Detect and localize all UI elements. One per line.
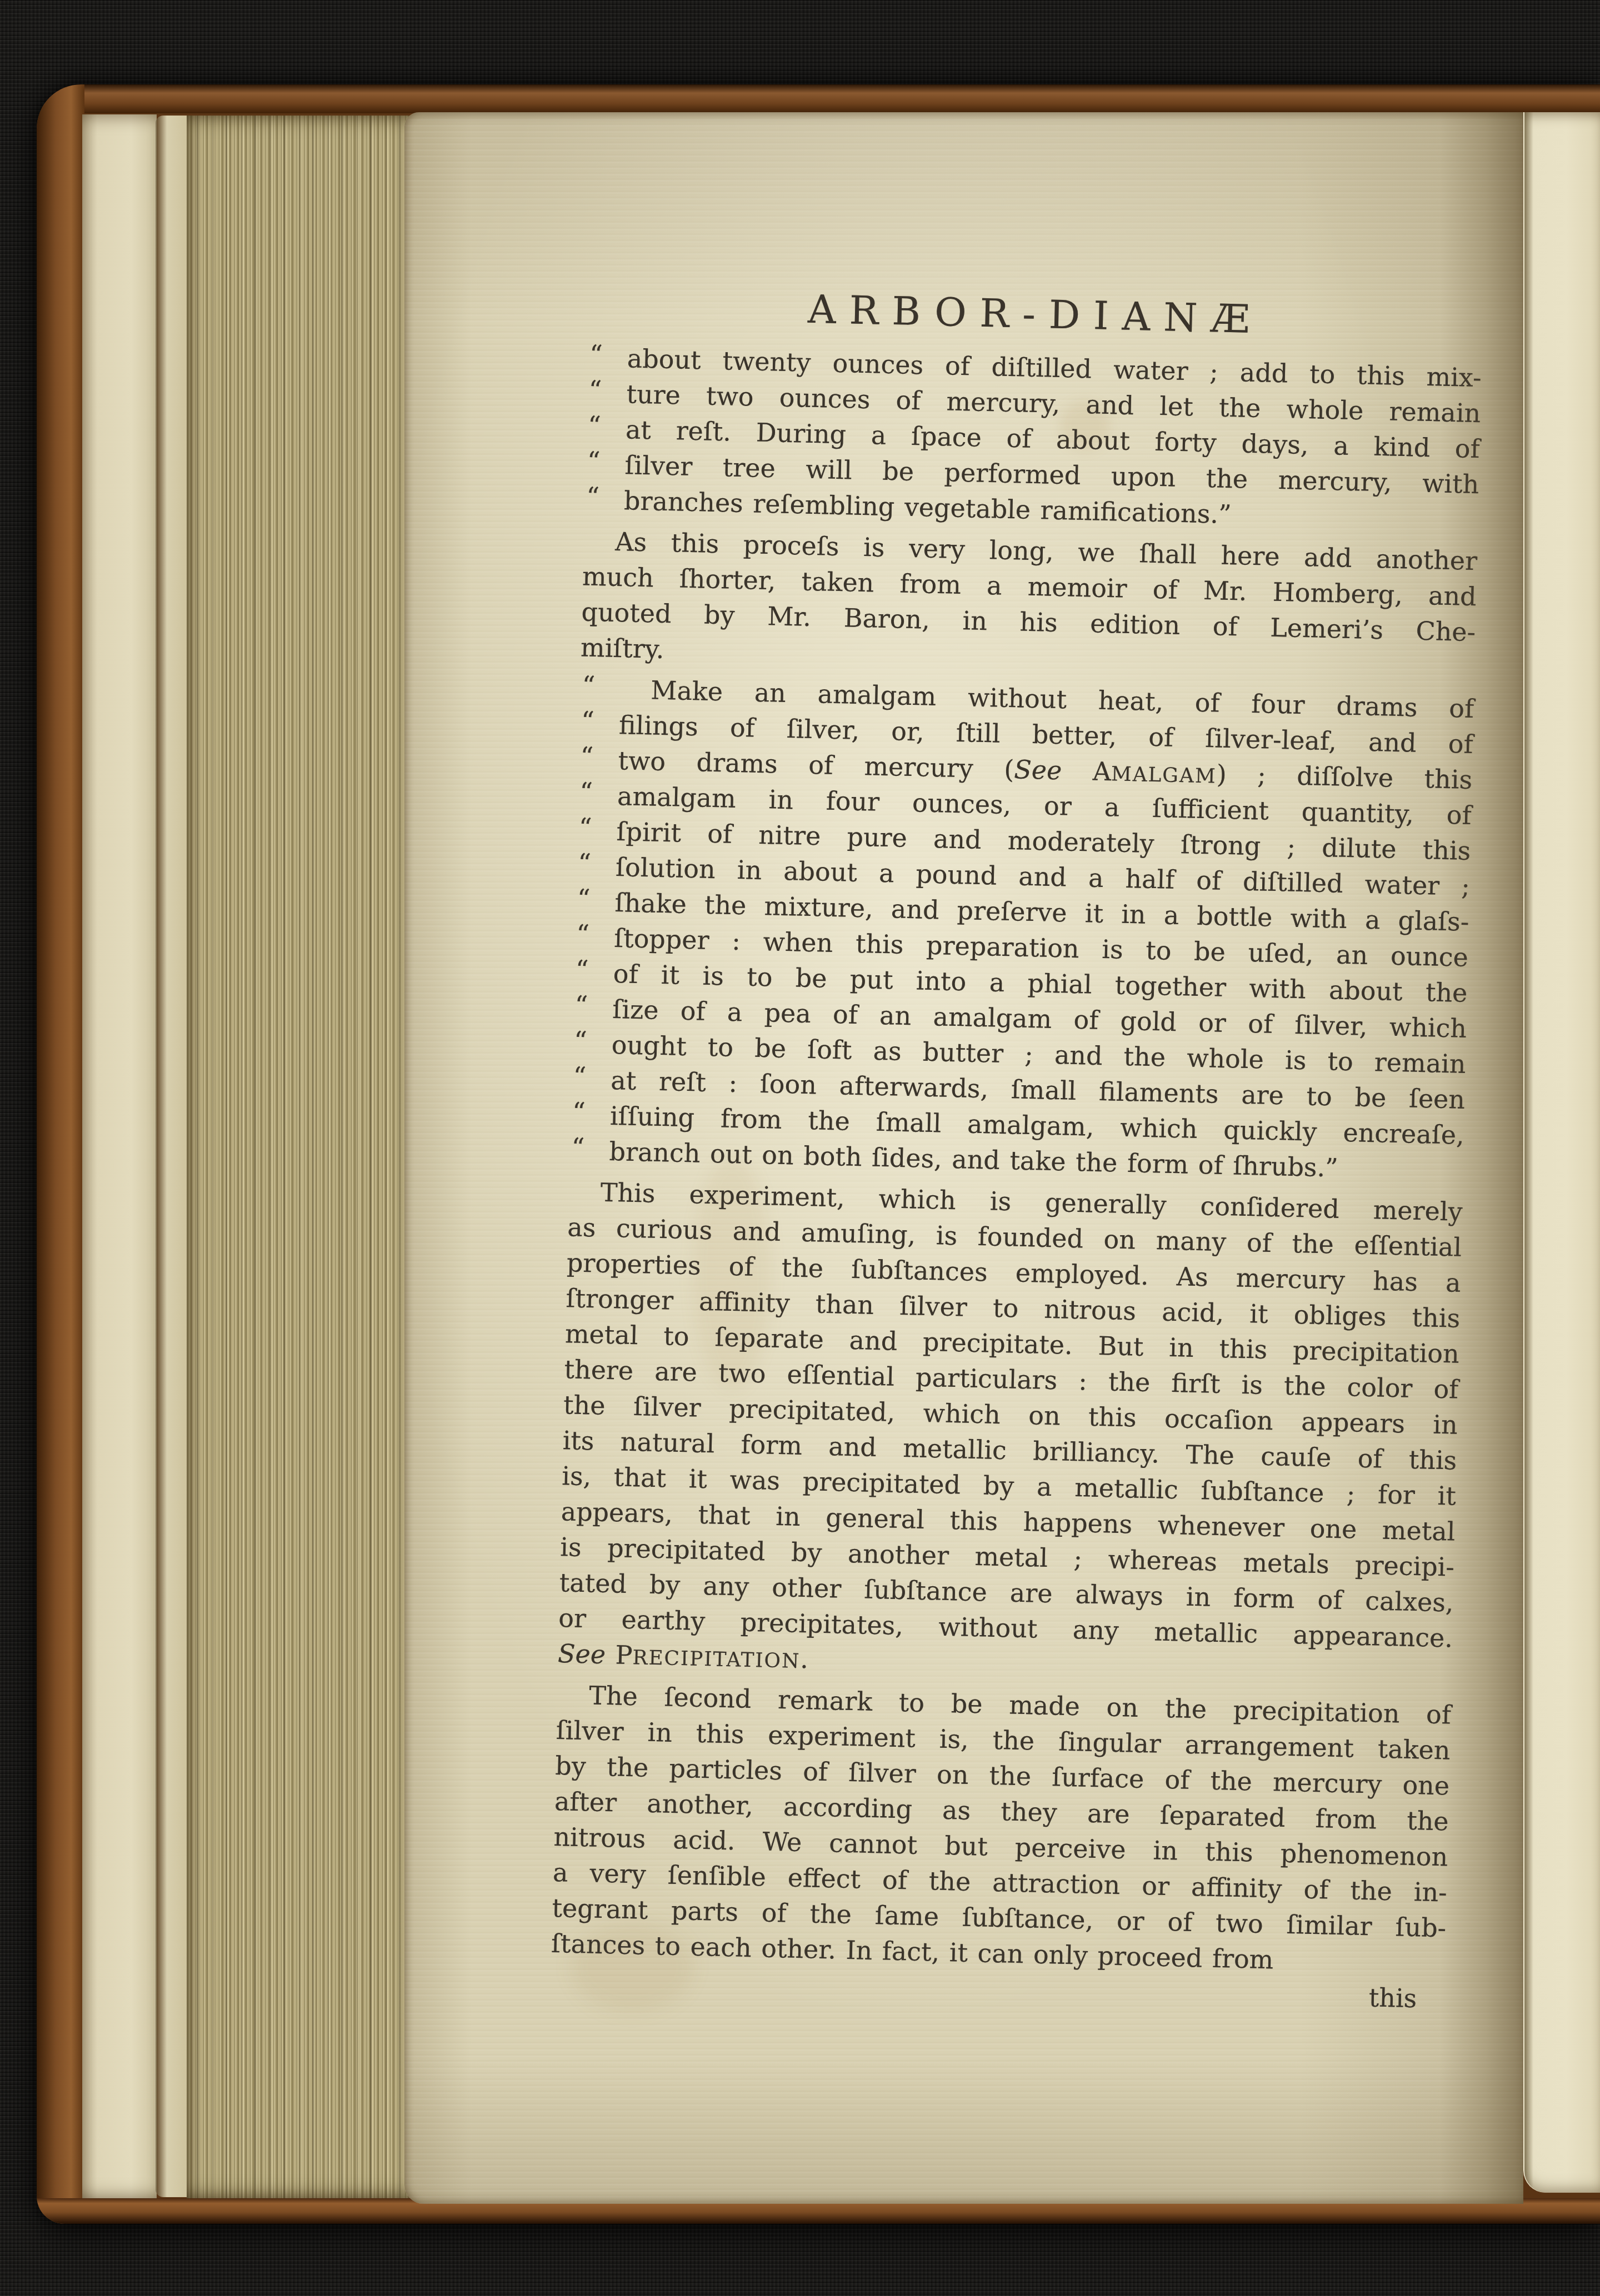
quote-mark: “ xyxy=(587,443,601,479)
catchword: this xyxy=(1368,1982,1417,2013)
quote-mark: “ xyxy=(572,1094,586,1130)
paragraph: This experiment, which is generally conſ… xyxy=(557,1174,1463,1691)
quote-mark: “ xyxy=(571,1129,585,1165)
quote-mark: “ xyxy=(579,774,593,810)
quote-mark: “ xyxy=(578,810,592,846)
quote-mark: “ xyxy=(577,881,591,917)
quoted-passage: Make an amalgam without heat, of four dr… xyxy=(569,671,1474,1189)
quote-mark: “ xyxy=(575,952,589,988)
quote-mark: “ xyxy=(587,408,601,444)
quote-mark: “ xyxy=(576,916,590,953)
entry-title: ARBOR-DIANÆ xyxy=(588,279,1483,350)
endpaper-strip xyxy=(82,114,157,2198)
photo-backdrop: ARBOR-DIANÆ about twenty ounces of diſti… xyxy=(0,0,1600,2296)
book-page: ARBOR-DIANÆ about twenty ounces of diſti… xyxy=(404,112,1523,2204)
text-column: ARBOR-DIANÆ about twenty ounces of diſti… xyxy=(550,279,1483,2017)
body-text: about twenty ounces of diſtilled water ;… xyxy=(551,340,1482,1982)
flyleaf-edge xyxy=(156,116,189,2197)
quoted-passage: about twenty ounces of diſtilled water ;… xyxy=(583,340,1482,538)
page-edge-stack xyxy=(187,116,410,2198)
quote-mark: “ xyxy=(589,337,603,373)
leather-cover-left-edge xyxy=(37,84,84,2224)
paragraph: As this proceſs is very long, we ſhall h… xyxy=(580,523,1477,685)
paragraph: The ſecond remark to be made on the prec… xyxy=(551,1677,1451,1981)
quote-mark: “ xyxy=(573,1058,587,1094)
leather-cover-top-edge xyxy=(37,84,1600,113)
quote-mark: “ xyxy=(574,987,588,1023)
quote-mark: “ xyxy=(582,668,596,704)
quote-mark: “ xyxy=(586,479,600,515)
quote-mark: “ xyxy=(573,1022,587,1059)
quote-mark: “ xyxy=(578,845,592,881)
quote-mark: “ xyxy=(588,372,602,408)
book: ARBOR-DIANÆ about twenty ounces of diſti… xyxy=(37,84,1600,2224)
facing-page-sliver xyxy=(1523,112,1600,2193)
quote-mark: “ xyxy=(580,739,594,775)
quote-mark: “ xyxy=(581,703,594,739)
